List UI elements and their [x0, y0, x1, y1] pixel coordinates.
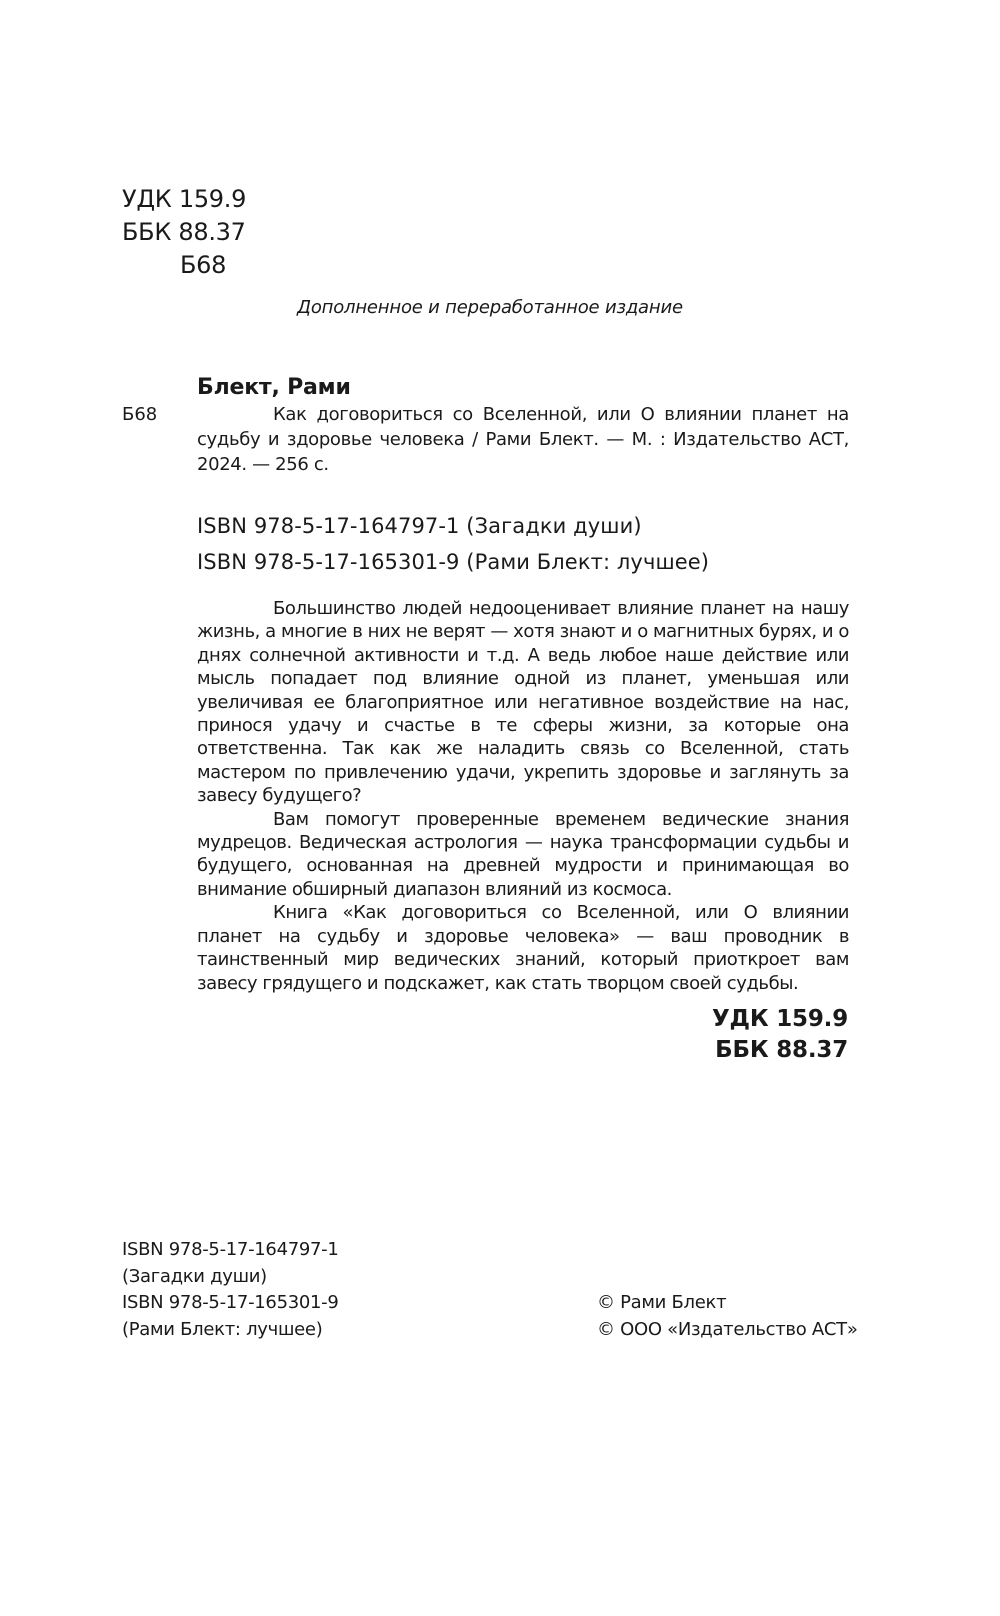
udk-code: УДК 159.9	[122, 183, 246, 216]
annotation-paragraph: Большинство людей недооценивает влияние …	[197, 597, 849, 808]
bbk-code-bold: ББК 88.37	[600, 1035, 848, 1066]
catalog-author: Блект, Рами	[197, 375, 351, 400]
copyright-publisher: © ООО «Издательство АСТ»	[597, 1317, 858, 1344]
catalog-isbn-list: ISBN 978-5-17-164797-1 (Загадки души) IS…	[197, 508, 709, 580]
footer-isbn-line: ISBN 978-5-17-165301-9	[122, 1290, 339, 1317]
isbn-line: ISBN 978-5-17-164797-1 (Загадки души)	[197, 508, 709, 544]
udk-code-bold: УДК 159.9	[600, 1004, 848, 1035]
footer-isbn-series: (Загадки души)	[122, 1264, 339, 1291]
footer-isbn-list: ISBN 978-5-17-164797-1 (Загадки души) IS…	[122, 1237, 339, 1343]
footer-isbn-series: (Рами Блект: лучшее)	[122, 1317, 339, 1344]
bbk-code: ББК 88.37	[122, 216, 246, 249]
bibliographic-description-text: Как договориться со Вселенной, или О вли…	[197, 402, 849, 477]
author-mark: Б68	[122, 249, 246, 282]
annotation-paragraph: Вам помогут проверенные временем ведичес…	[197, 808, 849, 902]
catalog-shelf-code: Б68	[122, 402, 157, 427]
edition-note: Дополненное и переработанное издание	[297, 297, 683, 318]
copyright-block: © Рами Блект © ООО «Издательство АСТ»	[597, 1290, 858, 1343]
classification-codes-top: УДК 159.9 ББК 88.37 Б68	[122, 183, 246, 282]
copyright-author: © Рами Блект	[597, 1290, 858, 1317]
isbn-line: ISBN 978-5-17-165301-9 (Рами Блект: лучш…	[197, 544, 709, 580]
annotation: Большинство людей недооценивает влияние …	[197, 597, 849, 995]
footer-isbn-line: ISBN 978-5-17-164797-1	[122, 1237, 339, 1264]
classification-codes-bold: УДК 159.9 ББК 88.37	[600, 1004, 848, 1066]
bibliographic-description: Как договориться со Вселенной, или О вли…	[197, 402, 849, 477]
annotation-paragraph: Книга «Как договориться со Вселенной, ил…	[197, 901, 849, 995]
